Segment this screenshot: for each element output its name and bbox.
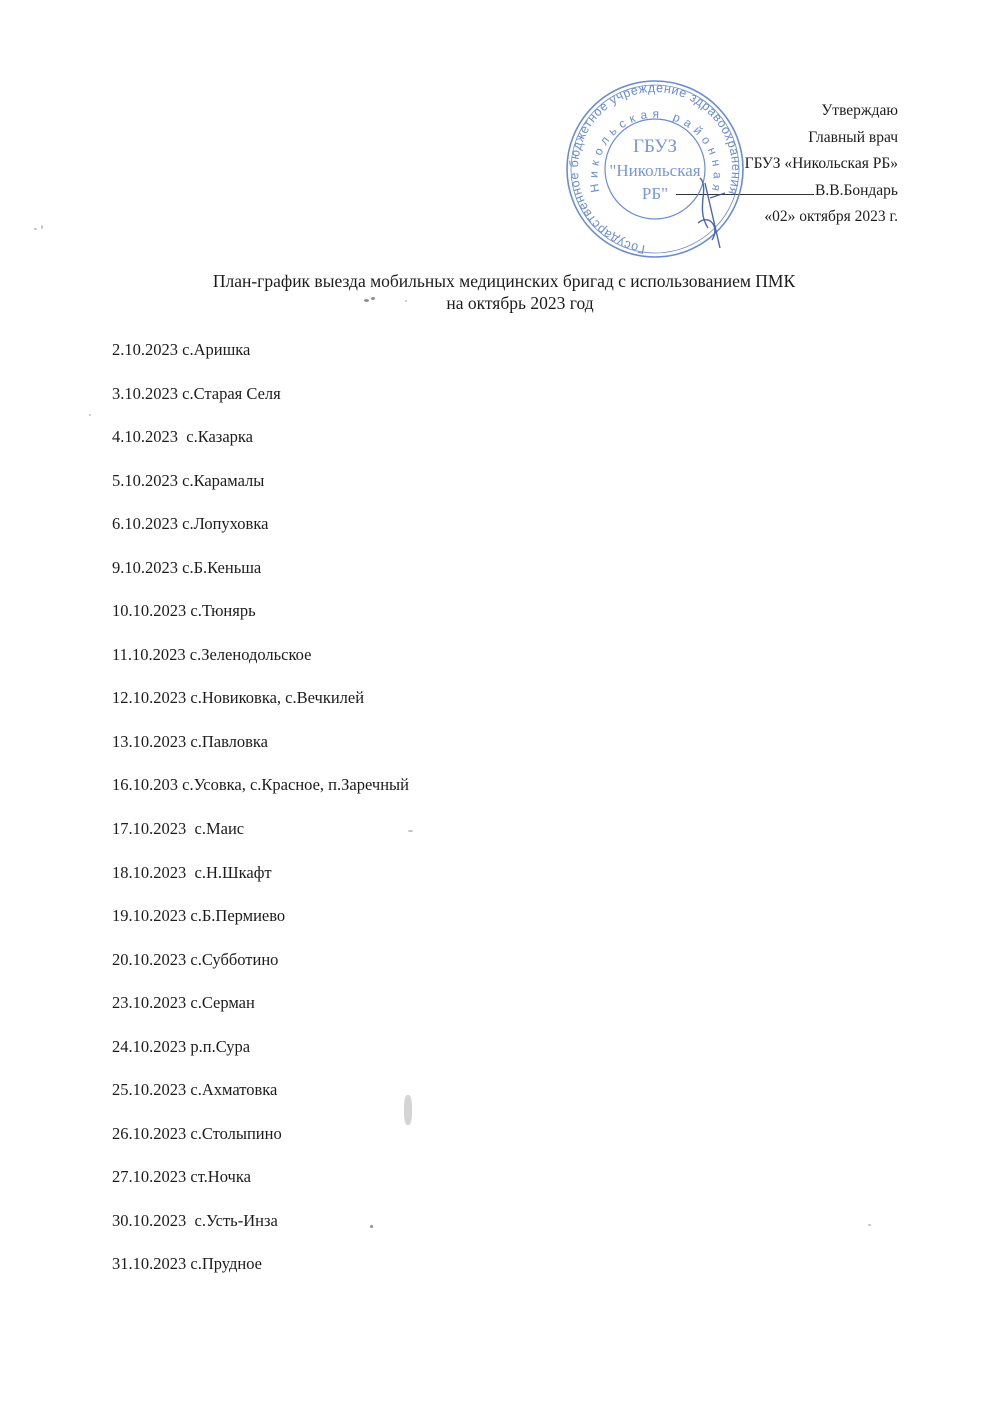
scan-speck: [868, 1224, 871, 1226]
schedule-date: 24.10.2023: [112, 1037, 186, 1056]
schedule-place: с.Усть-Инза: [195, 1211, 278, 1230]
schedule-place: с.Павловка: [190, 732, 268, 751]
schedule-row: 18.10.2023 с.Н.Шкафт: [112, 862, 409, 906]
schedule-date: 19.10.2023: [112, 906, 186, 925]
schedule-row: 6.10.2023 с.Лопуховка: [112, 513, 409, 557]
schedule-place: с.Тюнярь: [190, 601, 255, 620]
schedule-row: 9.10.2023 с.Б.Кеньша: [112, 557, 409, 601]
stamp-center-line-1: ГБУЗ: [633, 136, 677, 157]
schedule-row: 2.10.2023 с.Аришка: [112, 339, 409, 383]
title-line-2: на октябрь 2023 год: [0, 292, 1000, 314]
schedule-row: 26.10.2023 с.Столыпино: [112, 1123, 409, 1167]
stamp-center-line-3: РБ": [642, 184, 668, 203]
schedule-date: 17.10.2023: [112, 819, 190, 838]
scan-speck: [371, 297, 375, 300]
scan-speck: [34, 228, 37, 230]
schedule-row: 13.10.2023 с.Павловка: [112, 731, 409, 775]
scan-speck: [41, 225, 43, 229]
schedule-row: 4.10.2023 с.Казарка: [112, 426, 409, 470]
schedule-place: с.Старая Селя: [182, 384, 281, 403]
schedule-row: 24.10.2023 р.п.Сура: [112, 1036, 409, 1080]
schedule-row: 27.10.2023 ст.Ночка: [112, 1166, 409, 1210]
schedule-row: 5.10.2023 с.Карамалы: [112, 470, 409, 514]
schedule-place: с.Маис: [195, 819, 245, 838]
schedule-date: 30.10.2023: [112, 1211, 190, 1230]
schedule-date: 31.10.2023: [112, 1254, 186, 1273]
schedule-date: 25.10.2023: [112, 1080, 186, 1099]
approver-signature-line: В.В.Бондарь: [676, 178, 898, 205]
scan-smudge: [404, 1095, 412, 1125]
schedule-row: 10.10.2023 с.Тюнярь: [112, 600, 409, 644]
schedule-date: 3.10.2023: [112, 384, 178, 403]
schedule-date: 10.10.2023: [112, 601, 186, 620]
approver-organization: ГБУЗ «Никольская РБ»: [676, 151, 898, 178]
document-page: Утверждаю Главный врач ГБУЗ «Никольская …: [0, 0, 1000, 1415]
schedule-place: с.Н.Шкафт: [195, 863, 272, 882]
schedule-list: 2.10.2023 с.Аришка3.10.2023 с.Старая Сел…: [112, 339, 409, 1297]
schedule-date: 4.10.2023: [112, 427, 182, 446]
scan-speck: [408, 830, 413, 832]
schedule-row: 16.10.203 с.Усовка, с.Красное, п.Заречны…: [112, 774, 409, 818]
schedule-place: с.Лопуховка: [182, 514, 268, 533]
schedule-place: с.Столыпино: [190, 1124, 281, 1143]
schedule-date: 16.10.203: [112, 775, 178, 794]
scan-speck: [89, 414, 91, 416]
schedule-row: 11.10.2023 с.Зеленодольское: [112, 644, 409, 688]
document-title: План-график выезда мобильных медицинских…: [0, 270, 1000, 314]
approver-position: Главный врач: [676, 125, 898, 152]
schedule-place: с.Усовка, с.Красное, п.Заречный: [182, 775, 409, 794]
schedule-place: ст.Ночка: [190, 1167, 251, 1186]
schedule-date: 12.10.2023: [112, 688, 186, 707]
scan-speck: [405, 300, 407, 302]
schedule-place: с.Новиковка, с.Вечкилей: [190, 688, 364, 707]
schedule-row: 19.10.2023 с.Б.Пермиево: [112, 905, 409, 949]
schedule-row: 31.10.2023 с.Прудное: [112, 1253, 409, 1297]
schedule-row: 17.10.2023 с.Маис: [112, 818, 409, 862]
approval-date: «02» октября 2023 г.: [676, 204, 898, 231]
schedule-place: с.Субботино: [190, 950, 278, 969]
schedule-date: 27.10.2023: [112, 1167, 186, 1186]
schedule-place: р.п.Сура: [190, 1037, 250, 1056]
signature-underline: [676, 181, 814, 195]
schedule-date: 23.10.2023: [112, 993, 186, 1012]
schedule-row: 12.10.2023 с.Новиковка, с.Вечкилей: [112, 687, 409, 731]
schedule-date: 26.10.2023: [112, 1124, 186, 1143]
schedule-row: 23.10.2023 с.Серман: [112, 992, 409, 1036]
schedule-row: 30.10.2023 с.Усть-Инза: [112, 1210, 409, 1254]
title-line-1: План-график выезда мобильных медицинских…: [0, 270, 1000, 292]
schedule-place: с.Казарка: [186, 427, 253, 446]
schedule-row: 25.10.2023 с.Ахматовка: [112, 1079, 409, 1123]
schedule-place: с.Аришка: [182, 340, 250, 359]
schedule-date: 18.10.2023: [112, 863, 190, 882]
schedule-date: 9.10.2023: [112, 558, 178, 577]
approval-block: Утверждаю Главный врач ГБУЗ «Никольская …: [676, 98, 898, 231]
schedule-date: 13.10.2023: [112, 732, 186, 751]
schedule-row: 20.10.2023 с.Субботино: [112, 949, 409, 993]
schedule-date: 20.10.2023: [112, 950, 186, 969]
approval-heading: Утверждаю: [676, 98, 898, 125]
schedule-place: с.Б.Кеньша: [182, 558, 261, 577]
schedule-date: 11.10.2023: [112, 645, 186, 664]
approver-name: В.В.Бондарь: [815, 182, 898, 199]
schedule-place: с.Ахматовка: [190, 1080, 277, 1099]
schedule-place: с.Б.Пермиево: [190, 906, 285, 925]
scan-speck: [364, 299, 369, 302]
schedule-place: с.Серман: [190, 993, 254, 1012]
schedule-row: 3.10.2023 с.Старая Селя: [112, 383, 409, 427]
schedule-place: с.Зеленодольское: [190, 645, 312, 664]
schedule-date: 5.10.2023: [112, 471, 178, 490]
schedule-place: с.Карамалы: [182, 471, 264, 490]
schedule-place: с.Прудное: [190, 1254, 262, 1273]
schedule-date: 2.10.2023: [112, 340, 178, 359]
scan-speck: [370, 1225, 373, 1228]
schedule-date: 6.10.2023: [112, 514, 178, 533]
